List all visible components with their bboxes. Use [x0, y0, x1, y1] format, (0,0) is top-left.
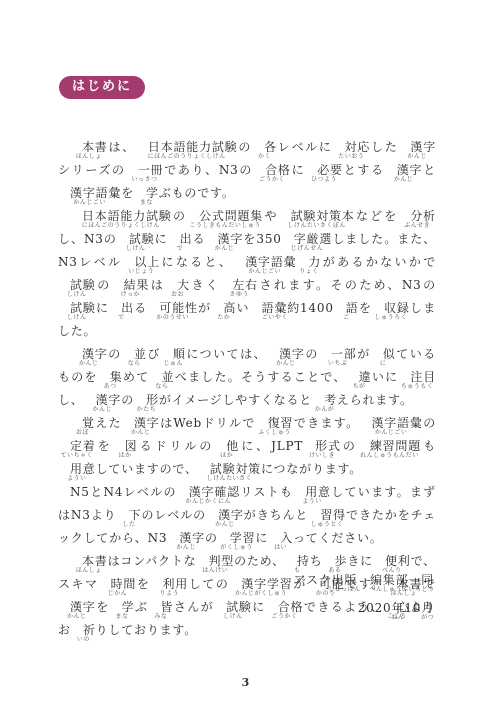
plain-text: るドリルの — [137, 439, 214, 453]
plain-text: の — [237, 140, 252, 154]
plain-text: のレベルの — [141, 508, 206, 522]
furigana: かんじ — [276, 361, 296, 367]
ruby-unit: 合格ごうかく — [253, 164, 291, 178]
furigana: がくしゅう — [220, 545, 253, 551]
ruby-unit: 漢字かんじ — [206, 509, 244, 523]
ruby-unit: 公式問題集こうしきもんだいしゅう — [187, 210, 263, 224]
page-number: 3 — [0, 676, 491, 689]
plain-text: していますので、 — [96, 462, 198, 476]
plain-text: の — [205, 531, 218, 545]
plain-text: いに — [371, 370, 398, 384]
ruby-unit: 漢字語彙かんじごい — [233, 256, 296, 270]
paragraph: 日本語能力試験にほんごのうりょくしけんの公式問題集こうしきもんだいしゅうや試験対… — [58, 205, 436, 343]
ruby-unit: 漢字かんじ — [267, 348, 305, 362]
furigana: いじょう — [128, 269, 154, 275]
paragraph: N5とN4レベルの漢字確認かんじかくにんリストも用意よういしています。まずはN3… — [58, 481, 436, 550]
ruby-unit: 並なら — [149, 371, 174, 385]
ruby-unit: 用意ようい — [293, 486, 331, 500]
paragraph: 覚おぼえた漢字かんじはWebドリルで復習ふくしゅうできます。漢字語彙かんじごいの… — [58, 412, 436, 481]
plain-text: 2020 — [358, 601, 392, 615]
plain-text: を — [121, 186, 134, 200]
ruby-unit: 試験しけん — [117, 233, 155, 247]
furigana: にほんごのうりょくしけん — [148, 154, 226, 160]
ruby-unit: 用意ようい — [58, 463, 96, 477]
plain-text: シリーズの — [58, 163, 126, 177]
plain-text: はWebドリルで — [160, 416, 256, 430]
plain-text: は — [149, 278, 165, 292]
ruby-unit: 対応たいおう — [333, 141, 371, 155]
furigana: ていちゃく — [61, 453, 94, 459]
furigana: けっか — [121, 292, 141, 298]
furigana: しゅうとく — [311, 522, 344, 528]
plain-text: えた — [95, 416, 122, 430]
furigana: がつ — [421, 615, 434, 621]
furigana: ご — [343, 315, 350, 321]
furigana: おぼ — [76, 430, 89, 436]
furigana: しゅっぱん — [328, 587, 361, 593]
plain-text: きく — [190, 278, 220, 292]
ruby-unit: 練習問題れんしゅうもんだい — [358, 440, 421, 454]
book-page: { "page": { "badge": "はじめに", "page_numbe… — [0, 0, 491, 718]
plain-text: につながります。 — [261, 462, 362, 476]
furigana: はい — [274, 545, 287, 551]
furigana: じゅん — [163, 361, 183, 367]
ruby-unit: 順じゅん — [161, 348, 186, 362]
furigana: ちが — [353, 384, 366, 390]
ruby-unit: 漢字確認かんじかくにん — [177, 486, 240, 500]
plain-text: に、JLPT — [239, 439, 303, 453]
plain-text: などを — [355, 209, 399, 223]
ruby-unit: 一冊いっさつ — [126, 164, 164, 178]
furigana: かのうせい — [156, 315, 189, 321]
ruby-unit: 可能性かのうせい — [147, 302, 197, 316]
plain-text: できます。 — [293, 416, 359, 430]
plain-text: の — [172, 209, 187, 223]
ruby-unit: 復習ふくしゅう — [256, 417, 294, 431]
furigana: へんしゅうぶいちどう — [369, 587, 434, 593]
plain-text: りしております。 — [96, 623, 197, 637]
furigana: かんじごい — [73, 200, 106, 206]
furigana: した — [122, 522, 135, 528]
plain-text: し、N3の — [58, 232, 117, 246]
plain-text: N5とN4レベルの — [70, 485, 177, 499]
furigana: りょく — [299, 269, 319, 275]
plain-text: し、 — [58, 393, 84, 407]
ruby-unit: 出版しゅっぱん — [332, 574, 358, 588]
furigana: いの — [77, 637, 90, 643]
furigana: いっさつ — [132, 177, 158, 183]
plain-text: に — [154, 232, 167, 246]
plain-text: る — [192, 232, 205, 246]
plain-text: を350 — [243, 232, 281, 246]
ruby-unit: 試験しけん — [58, 279, 96, 293]
furigana: かんじ — [131, 430, 151, 436]
ruby-unit: 力りょく — [296, 256, 321, 270]
signature-line: 2020年ねん10月がつ — [58, 594, 434, 622]
ruby-unit: 集あつ — [98, 371, 123, 385]
furigana: ひつよう — [311, 177, 337, 183]
ruby-unit: 下した — [117, 509, 142, 523]
furigana: しけんたいさく — [207, 476, 253, 482]
furigana: かんじ — [93, 407, 113, 413]
furigana: ごいやく — [262, 315, 288, 321]
plain-text: があるかないかで — [321, 255, 436, 269]
furigana: に — [380, 361, 387, 367]
intro-badge: はじめに — [59, 76, 145, 99]
ruby-unit: 漢字語彙かんじごい — [58, 187, 121, 201]
plain-text: や — [263, 209, 278, 223]
ruby-unit: 定着ていちゃく — [58, 440, 96, 454]
plain-text: の — [341, 439, 358, 453]
furigana: ぶんせき — [404, 223, 430, 229]
plain-text: が — [198, 301, 212, 315]
furigana: かんじ — [215, 246, 235, 252]
ruby-unit: 試験対策本しけんたいさくぼん — [279, 210, 355, 224]
plain-text: を — [359, 301, 373, 315]
ruby-unit: 高たか — [211, 302, 236, 316]
ruby-unit: 各かく — [252, 141, 277, 155]
plain-text: に — [255, 531, 268, 545]
ruby-unit: 違ちが — [347, 371, 372, 385]
ruby-unit: 漢字かんじ — [385, 164, 423, 178]
furigana: ごうかく — [259, 177, 285, 183]
plain-text: であり、N3の — [163, 163, 253, 177]
furigana: ようい — [302, 499, 322, 505]
ruby-unit: 漢字語彙かんじごい — [359, 417, 422, 431]
ruby-unit: 語彙約ごいやく — [250, 302, 300, 316]
ruby-unit: 学まな — [134, 187, 159, 201]
furigana: かんが — [315, 407, 335, 413]
ruby-unit: 月がつ — [421, 602, 434, 616]
ruby-unit: 日本語能力試験にほんごのうりょくしけん — [70, 210, 172, 224]
plain-text: されます。そのため、N3の — [258, 278, 436, 292]
plain-text: した — [370, 140, 398, 154]
furigana: ほか — [220, 453, 233, 459]
furigana: しけん — [126, 246, 146, 252]
furigana: かく — [258, 154, 271, 160]
furigana: かんじ — [407, 154, 427, 160]
ruby-unit: 考かんが — [312, 394, 337, 408]
plain-text: がきちんと — [244, 508, 309, 522]
plain-text: の — [96, 278, 112, 292]
plain-text: の — [108, 347, 122, 361]
ruby-unit: 左右さゆう — [220, 279, 258, 293]
signature-block: アスク出版しゅっぱん 編集部一同へんしゅうぶいちどう2020年ねん10月がつ — [58, 566, 434, 622]
ruby-unit: 図はか — [113, 440, 138, 454]
furigana: にほんごのうりょくしけん — [82, 223, 160, 229]
plain-text: べました。そうすることで、 — [174, 370, 346, 384]
plain-text: めて — [123, 370, 150, 384]
ruby-unit: 語ご — [334, 302, 359, 316]
furigana: で — [118, 315, 125, 321]
furigana: けいしき — [309, 453, 335, 459]
furigana: たか — [217, 315, 230, 321]
plain-text: び — [147, 347, 161, 361]
ruby-unit: 入はい — [268, 532, 293, 546]
ruby-unit: 漢字かんじ — [84, 394, 122, 408]
ruby-unit: 出で — [109, 302, 134, 316]
ruby-unit: 他ほか — [214, 440, 239, 454]
ruby-unit: 漢字かんじ — [206, 233, 244, 247]
furigana: れんしゅうもんだい — [360, 453, 419, 459]
ruby-unit: 似に — [371, 348, 396, 362]
furigana: ちゅうもく — [401, 384, 434, 390]
plain-text: リストも — [240, 485, 293, 499]
plain-text: い — [236, 301, 250, 315]
furigana: かんじ — [394, 177, 414, 183]
furigana: ふくしゅう — [258, 430, 291, 436]
ruby-unit: 覚おぼ — [70, 417, 95, 431]
plain-text: ぶものです。 — [159, 186, 235, 200]
plain-text: レベルに — [277, 140, 333, 154]
furigana: しけんたいさくぼん — [287, 223, 346, 229]
ruby-unit: 試験対策しけんたいさく — [198, 463, 261, 477]
plain-text: に — [291, 163, 306, 177]
ruby-unit: 出で — [168, 233, 193, 247]
ruby-unit: 習得しゅうとく — [308, 509, 346, 523]
ruby-unit: 大おお — [165, 279, 190, 293]
plain-text: る — [134, 301, 148, 315]
plain-text: の — [423, 416, 436, 430]
plain-text: えられます。 — [337, 393, 413, 407]
ruby-unit: 試験しけん — [58, 302, 96, 316]
furigana: ねん — [391, 615, 404, 621]
plain-text: がイメージしやすくなると — [159, 393, 312, 407]
plain-text: に — [96, 301, 110, 315]
furigana: かんじ — [215, 522, 235, 528]
ruby-unit: 分析ぶんせき — [398, 210, 436, 224]
ruby-unit: 年ねん — [392, 602, 405, 616]
plain-text: ってください。 — [293, 531, 383, 545]
furigana: かんじ — [79, 361, 99, 367]
furigana: かんじ — [176, 545, 196, 551]
furigana: まな — [140, 200, 153, 206]
furigana: なら — [155, 384, 168, 390]
ruby-unit: 注目ちゅうもく — [398, 371, 436, 385]
plain-text: は、 — [108, 140, 136, 154]
ruby-unit: 並なら — [122, 348, 147, 362]
furigana: おお — [171, 292, 184, 298]
furigana: じげんせん — [291, 246, 324, 252]
furigana: たいおう — [338, 154, 364, 160]
furigana: かんじごい — [249, 269, 282, 275]
furigana: あつ — [104, 384, 117, 390]
plain-text: と — [422, 163, 436, 177]
furigana: で — [177, 246, 184, 252]
furigana: かんじかくにん — [186, 499, 232, 505]
ruby-unit: 学習がくしゅう — [218, 532, 256, 546]
furigana: いちぶ — [328, 361, 348, 367]
furigana: かたち — [137, 407, 157, 413]
furigana: しけん — [67, 315, 87, 321]
furigana: はか — [119, 453, 132, 459]
ruby-unit: 本書ほんしょ — [70, 141, 108, 155]
plain-text: アスク — [294, 573, 332, 587]
plain-text: の — [305, 347, 319, 361]
plain-text: 10 — [404, 601, 421, 615]
furigana: さゆう — [229, 292, 249, 298]
furigana: ほんしょ — [76, 154, 102, 160]
plain-text: が — [357, 347, 371, 361]
plain-text: になると、 — [160, 255, 233, 269]
ruby-unit: 祈いの — [71, 624, 96, 638]
plain-text: については、 — [186, 347, 267, 361]
ruby-unit: 編集部一同へんしゅうぶいちどう — [370, 574, 434, 588]
plain-text: 1400 — [300, 301, 334, 315]
furigana: しけん — [67, 292, 87, 298]
ruby-unit: 漢字かんじ — [167, 532, 205, 546]
ruby-unit: 収録しゅうろく — [372, 302, 410, 316]
plain-text: の — [121, 393, 134, 407]
ruby-unit: 字厳選じげんせん — [282, 233, 332, 247]
signature-line: アスク出版しゅっぱん 編集部一同へんしゅうぶいちどう — [58, 566, 434, 594]
furigana: しゅうろく — [375, 315, 408, 321]
paragraph: 漢字かんじの並ならび順じゅんについては、漢字かんじの一部いちぶが似にているものを… — [58, 343, 436, 412]
ruby-unit: 漢字かんじ — [398, 141, 436, 155]
ruby-unit: 一部いちぶ — [319, 348, 357, 362]
ruby-unit: 以上いじょう — [122, 256, 160, 270]
ruby-unit: 日本語能力試験にほんごのうりょくしけん — [136, 141, 238, 155]
furigana: なら — [128, 361, 141, 367]
ruby-unit: 結果けっか — [112, 279, 150, 293]
plain-text: も — [421, 439, 436, 453]
furigana: かんじごい — [375, 430, 408, 436]
ruby-unit: 漢字かんじ — [70, 348, 108, 362]
ruby-unit: 必要ひつよう — [305, 164, 343, 178]
plain-text: とする — [343, 163, 385, 177]
furigana: こうしきもんだいしゅう — [189, 223, 261, 229]
paragraph: 本書ほんしょは、日本語能力試験にほんごのうりょくしけんの各かくレベルに対応たいお… — [58, 136, 436, 205]
plain-text: を — [96, 439, 113, 453]
furigana: ようい — [67, 476, 87, 482]
ruby-unit: 漢字かんじ — [122, 417, 160, 431]
ruby-unit: 形式けいしき — [303, 440, 341, 454]
ruby-unit: 形かたち — [134, 394, 159, 408]
